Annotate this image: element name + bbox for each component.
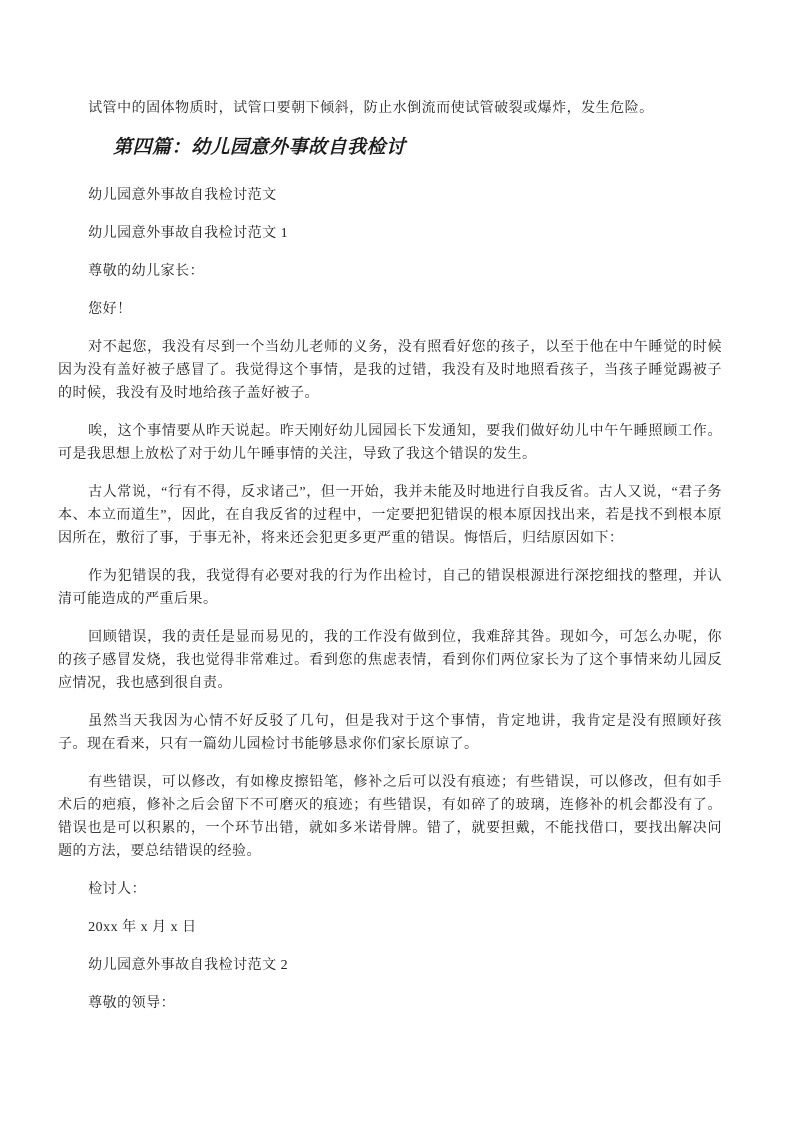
salutation-leaders: 尊敬的领导： bbox=[58, 992, 722, 1015]
signature-label: 检讨人： bbox=[58, 878, 722, 901]
date-line: 20xx 年 x 月 x 日 bbox=[58, 916, 722, 939]
sample1-title: 幼儿园意外事故自我检讨范文 1 bbox=[58, 222, 722, 245]
doc-title-line: 幼儿园意外事故自我检讨范文 bbox=[58, 184, 722, 207]
document-page: 试管中的固体物质时，试管口要朝下倾斜，防止水倒流而使试管破裂或爆炸，发生危险。 … bbox=[0, 0, 800, 1132]
salutation-parents: 尊敬的幼儿家长： bbox=[58, 260, 722, 283]
paragraph-responsibility: 回顾错误，我的责任是显而易见的，我的工作没有做到位，我难辞其咎。现如今，可怎么办… bbox=[58, 626, 722, 695]
paragraph-incident: 唉，这个事情要从昨天说起。昨天刚好幼儿园园长下发通知，要我们做好幼儿中午午睡照顾… bbox=[58, 420, 722, 466]
paragraph-error-metaphor: 有些错误，可以修改，有如橡皮擦铅笔，修补之后可以没有痕迹；有些错误，可以修改，但… bbox=[58, 771, 722, 863]
paragraph-admission: 虽然当天我因为心情不好反驳了几句，但是我对于这个事情，肯定地讲，我肯定是没有照顾… bbox=[58, 710, 722, 756]
greeting-line: 您好！ bbox=[58, 298, 722, 321]
sample2-title: 幼儿园意外事故自我检讨范文 2 bbox=[58, 954, 722, 977]
paragraph-apology: 对不起您，我没有尽到一个当幼儿老师的义务，没有照看好您的孩子，以至于他在中午睡觉… bbox=[58, 336, 722, 405]
section-heading: 第四篇：幼儿园意外事故自我检讨 bbox=[58, 135, 722, 161]
paragraph-reflection-quote: 古人常说，“行有不得，反求诸己”，但一开始，我并未能及时地进行自我反省。古人又说… bbox=[58, 481, 722, 550]
paragraph-intro-testtube: 试管中的固体物质时，试管口要朝下倾斜，防止水倒流而使试管破裂或爆炸，发生危险。 bbox=[58, 97, 722, 120]
paragraph-self-review: 作为犯错误的我，我觉得有必要对我的行为作出检讨，自己的错误根源进行深挖细找的整理… bbox=[58, 565, 722, 611]
